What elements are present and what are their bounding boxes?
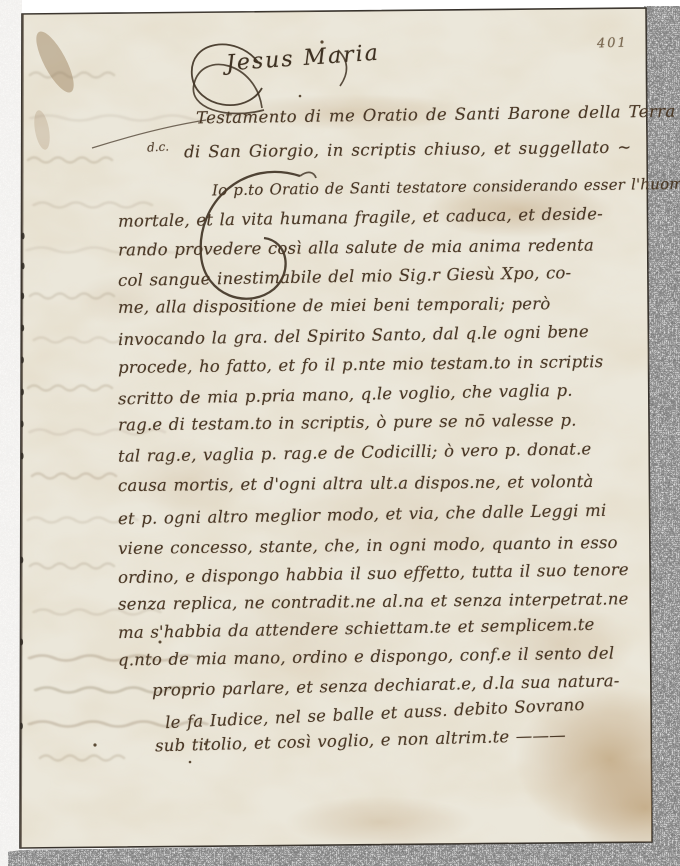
- margin-note: d.c.: [147, 139, 170, 154]
- folio-number: 401: [597, 35, 628, 51]
- body-line: me, alla dispositione de miei beni tempo…: [118, 294, 551, 317]
- manuscript-scan: 401 Jesus Maria d.c. Testamento di me Or…: [0, 0, 680, 866]
- left-margin-noise: [0, 0, 22, 866]
